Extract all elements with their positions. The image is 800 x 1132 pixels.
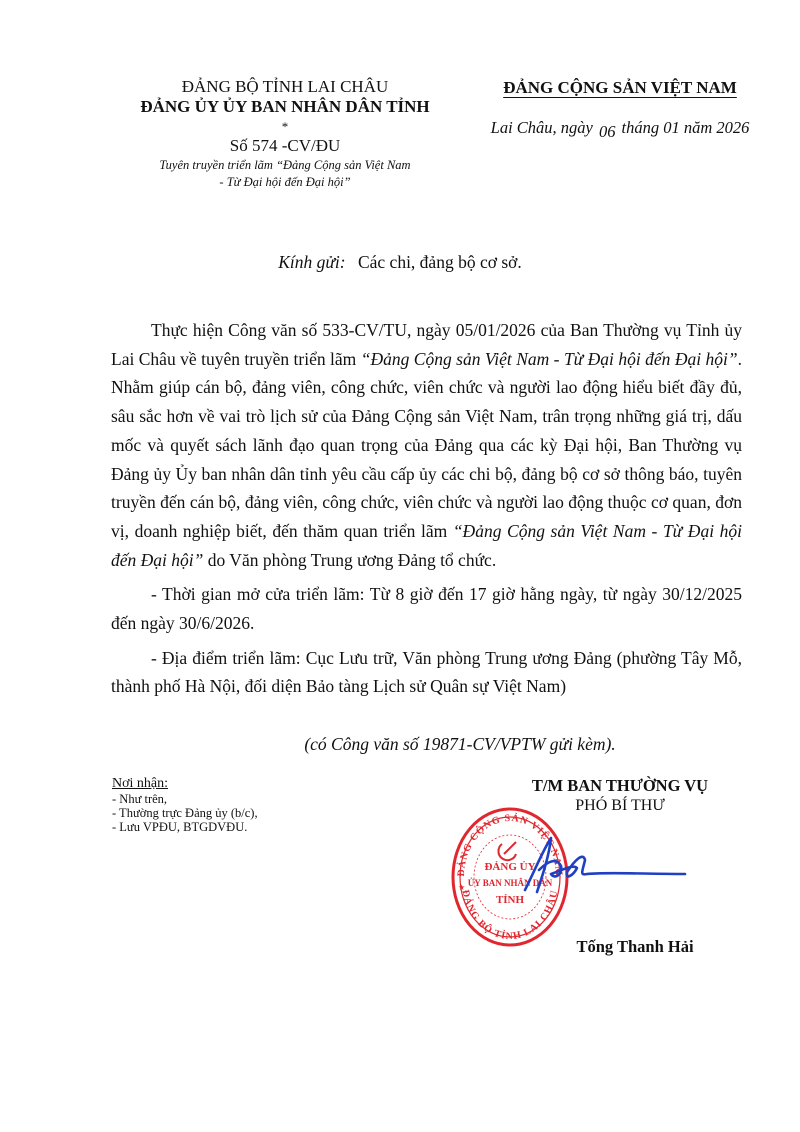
addressee-label: Kính gửi: <box>278 252 345 272</box>
recipient-item: - Lưu VPĐU, BTGDVĐU. <box>112 820 352 834</box>
issuing-organization: ĐẢNG ỦY ỦY BAN NHÂN DÂN TỈNH <box>110 97 460 117</box>
body-paragraph-time: - Thời gian mở cửa triển lãm: Từ 8 giờ đ… <box>111 580 742 637</box>
party-name: ĐẢNG CỘNG SẢN VIỆT NAM <box>470 78 770 98</box>
document-body: Thực hiện Công văn số 533-CV/TU, ngày 05… <box>111 316 742 701</box>
recipient-item: - Như trên, <box>112 792 352 806</box>
body-paragraph-1: Thực hiện Công văn số 533-CV/TU, ngày 05… <box>111 316 742 574</box>
parent-organization: ĐẢNG BỘ TỈNH LAI CHÂU <box>110 77 460 97</box>
svg-text:★: ★ <box>458 883 465 892</box>
handwritten-signature-icon <box>515 830 695 900</box>
document-date: Lai Châu, ngày 06tháng 01 năm 2026 <box>470 117 770 139</box>
recipients-title: Nơi nhận: <box>112 776 352 792</box>
date-suffix: tháng 01 năm 2026 <box>621 118 749 137</box>
document-number: Số 574 -CV/ĐU <box>110 135 460 157</box>
exhibition-title: “Đảng Cộng sản Việt Nam - Từ Đại hội đến… <box>361 349 738 369</box>
addressee-value: Các chi, đảng bộ cơ sở. <box>358 252 522 272</box>
date-day: 06 <box>599 121 616 143</box>
addressee-line: Kính gửi: Các chi, đảng bộ cơ sở. <box>0 252 800 273</box>
recipient-item: - Thường trực Đảng ủy (b/c), <box>112 806 352 820</box>
separator-star: * <box>110 119 460 135</box>
body-paragraph-location: - Địa điểm triển lãm: Cục Lưu trữ, Văn p… <box>111 644 742 701</box>
national-header: ĐẢNG CỘNG SẢN VIỆT NAM Lai Châu, ngày 06… <box>470 78 770 139</box>
attachment-note: (có Công văn số 19871-CV/VPTW gửi kèm). <box>0 734 800 755</box>
recipients-block: Nơi nhận: - Như trên, - Thường trực Đảng… <box>112 776 352 834</box>
subject-line-1: Tuyên truyền triển lãm “Đảng Cộng sản Vi… <box>110 157 460 174</box>
issuer-header: ĐẢNG BỘ TỈNH LAI CHÂU ĐẢNG ỦY ỦY BAN NHÂ… <box>110 77 460 191</box>
subject-line-2: - Từ Đại hội đến Đại hội” <box>110 174 460 191</box>
signer-role: T/M BAN THƯỜNG VỤ <box>470 776 770 796</box>
date-prefix: Lai Châu, ngày <box>491 118 593 137</box>
